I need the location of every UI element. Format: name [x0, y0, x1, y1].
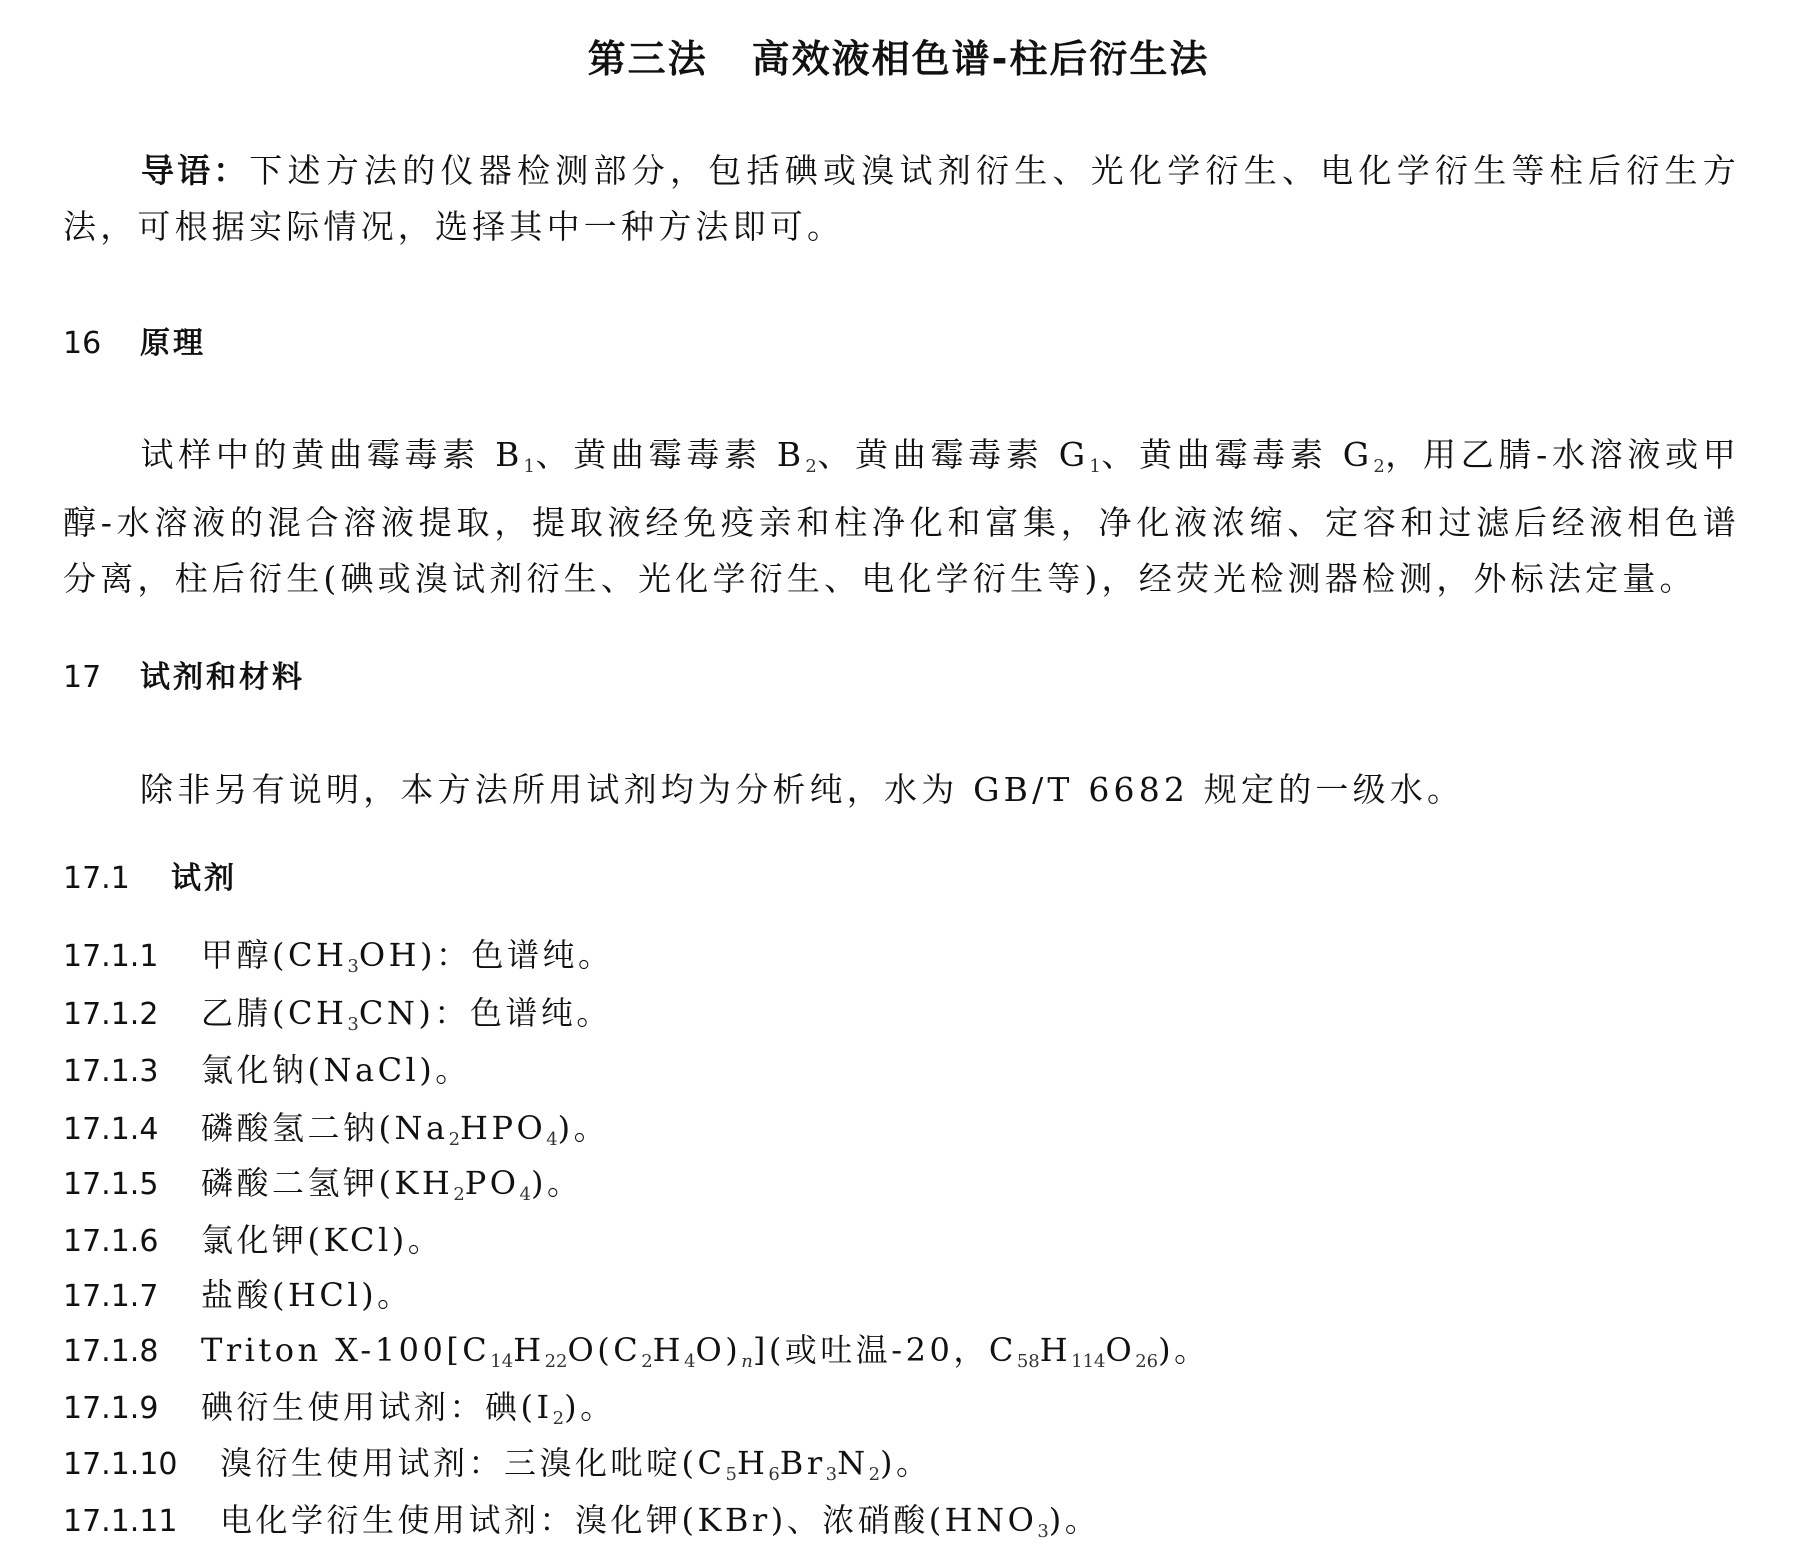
subscript: 3	[347, 1014, 358, 1035]
intro-lead: 导语：	[140, 151, 249, 190]
subscript: 114	[1071, 1351, 1105, 1372]
item-text: 磷酸氢二钠(Na2HPO4)。	[201, 1109, 609, 1147]
intro-paragraph: 导语：下述方法的仪器检测部分，包括碘或溴试剂衍生、光化学衍生、电化学衍生等柱后衍…	[63, 143, 1740, 255]
subscript: 3	[826, 1464, 837, 1485]
item-text: 溴衍生使用试剂：三溴化吡啶(C5H6Br3N2)。	[220, 1444, 932, 1482]
reagent-item: 17.1.6氯化钾(KCl)。	[63, 1218, 443, 1262]
subscript: 14	[490, 1351, 513, 1372]
subscript: 3	[347, 956, 358, 977]
item-number: 17.1.10	[63, 1443, 220, 1487]
reagent-item: 17.1.2乙腈(CH3CN)：色谱纯。	[63, 991, 612, 1035]
subscript: 4	[520, 1184, 531, 1205]
section-label: 试剂和材料	[140, 660, 305, 695]
reagent-item: 17.1.1甲醇(CH3OH)：色谱纯。	[63, 933, 613, 977]
item-text: 乙腈(CH3CN)：色谱纯。	[201, 994, 612, 1032]
subscript: 2	[453, 1184, 464, 1205]
item-text: 甲醇(CH3OH)：色谱纯。	[201, 936, 613, 974]
section-number: 17	[63, 660, 140, 695]
subscript: n	[741, 1351, 753, 1372]
item-number: 17.1.5	[63, 1163, 201, 1207]
principle-text: 试样中的黄曲霉毒素 B1、黄曲霉毒素 B2、黄曲霉毒素 G1、黄曲霉毒素 G2，…	[63, 435, 1740, 598]
intro-text: 下述方法的仪器检测部分，包括碘或溴试剂衍生、光化学衍生、电化学衍生等柱后衍生方法…	[63, 151, 1740, 246]
reagent-item: 17.1.10溴衍生使用试剂：三溴化吡啶(C5H6Br3N2)。	[63, 1441, 932, 1485]
item-number: 17.1.11	[63, 1500, 220, 1544]
subscript: 5	[725, 1464, 736, 1485]
method-name: 高效液相色谱-柱后衍生法	[752, 37, 1210, 81]
subsection-number: 17.1	[63, 861, 171, 896]
item-text: 氯化钾(KCl)。	[201, 1221, 443, 1259]
reagent-item: 17.1.7盐酸(HCl)。	[63, 1273, 413, 1317]
item-number: 17.1.3	[63, 1050, 201, 1094]
item-number: 17.1.9	[63, 1387, 201, 1431]
item-number: 17.1.7	[63, 1275, 201, 1319]
method-number: 第三法	[588, 37, 708, 81]
subscript: 2	[641, 1351, 652, 1372]
principle-paragraph: 试样中的黄曲霉毒素 B1、黄曲霉毒素 B2、黄曲霉毒素 G1、黄曲霉毒素 G2，…	[63, 427, 1740, 607]
section-16-heading: 16原理	[63, 318, 206, 362]
section-label: 原理	[140, 326, 206, 361]
section-number: 16	[63, 326, 140, 361]
item-number: 17.1.4	[63, 1108, 201, 1152]
subscript: 1	[524, 456, 535, 477]
item-number: 17.1.6	[63, 1220, 201, 1264]
reagent-item: 17.1.4磷酸氢二钠(Na2HPO4)。	[63, 1106, 609, 1150]
subscript: 2	[449, 1129, 460, 1150]
subscript: 2	[869, 1464, 880, 1485]
subscript: 2	[553, 1408, 564, 1429]
item-number: 17.1.1	[63, 935, 201, 979]
reagent-item: 17.1.11电化学衍生使用试剂：溴化钾(KBr)、浓硝酸(HNO3)。	[63, 1498, 1100, 1542]
reagent-item: 17.1.8Triton X-100[C14H22O(C2H4O)n](或吐温-…	[63, 1328, 1210, 1372]
subscript: 58	[1017, 1351, 1040, 1372]
reagents-note: 除非另有说明，本方法所用试剂均为分析纯，水为 GB/T 6682 规定的一级水。	[63, 762, 1740, 818]
subsection-17-1-heading: 17.1试剂	[63, 853, 237, 897]
subscript: 3	[1037, 1521, 1048, 1542]
subscript: 4	[684, 1351, 695, 1372]
subscript: 2	[1373, 456, 1384, 477]
reagent-item: 17.1.9碘衍生使用试剂：碘(I2)。	[63, 1385, 616, 1429]
subscript: 2	[805, 456, 816, 477]
subscript: 22	[545, 1351, 568, 1372]
item-text: 碘衍生使用试剂：碘(I2)。	[201, 1388, 616, 1426]
subscript: 4	[546, 1129, 557, 1150]
subscript: 26	[1135, 1351, 1158, 1372]
item-text: 电化学衍生使用试剂：溴化钾(KBr)、浓硝酸(HNO3)。	[220, 1501, 1100, 1539]
subsection-label: 试剂	[171, 861, 237, 896]
reagents-note-text: 除非另有说明，本方法所用试剂均为分析纯，水为 GB/T 6682 规定的一级水。	[140, 770, 1464, 809]
item-number: 17.1.2	[63, 993, 201, 1037]
section-17-heading: 17试剂和材料	[63, 652, 305, 696]
item-text: 盐酸(HCl)。	[201, 1276, 413, 1314]
reagent-item: 17.1.3氯化钠(NaCl)。	[63, 1048, 471, 1092]
subscript: 6	[768, 1464, 779, 1485]
item-text: 氯化钠(NaCl)。	[201, 1051, 471, 1089]
item-text: Triton X-100[C14H22O(C2H4O)n](或吐温-20，C58…	[201, 1331, 1210, 1369]
item-number: 17.1.8	[63, 1330, 201, 1374]
item-text: 磷酸二氢钾(KH2PO4)。	[201, 1164, 582, 1202]
page-title: 第三法高效液相色谱-柱后衍生法	[0, 28, 1797, 83]
reagent-item: 17.1.5磷酸二氢钾(KH2PO4)。	[63, 1161, 582, 1205]
subscript: 1	[1089, 456, 1100, 477]
